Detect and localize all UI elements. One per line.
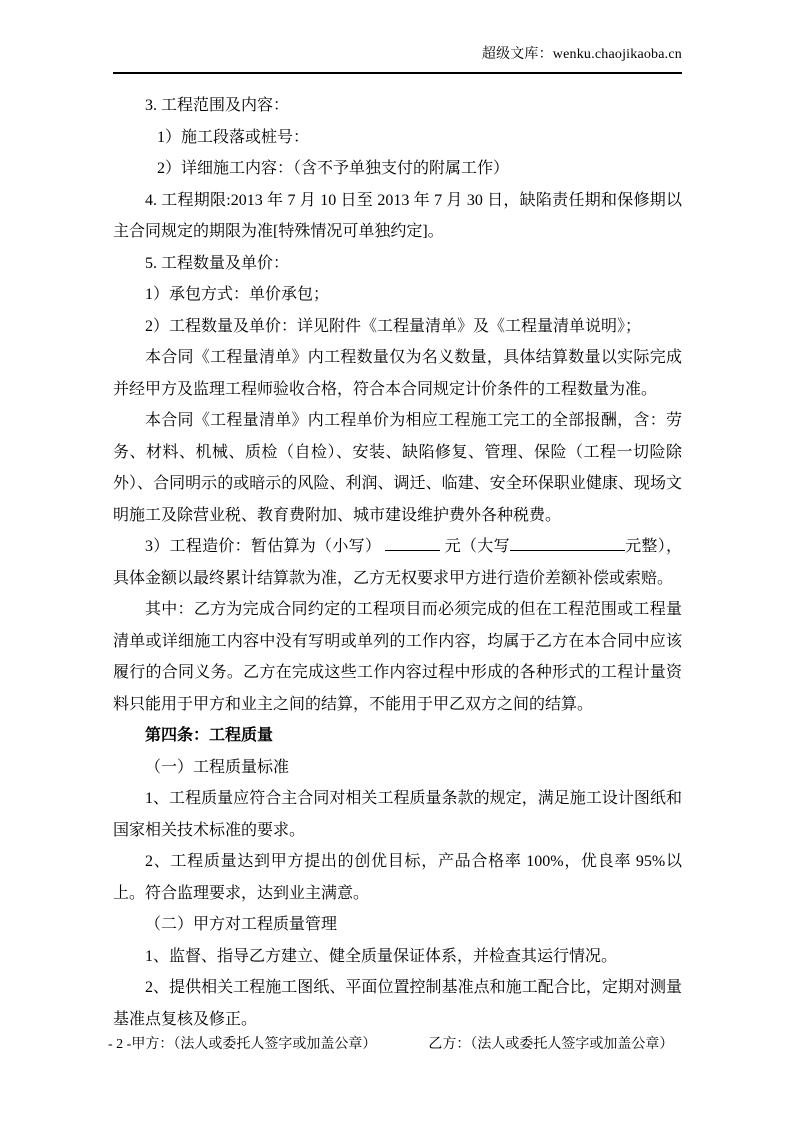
paragraph: 1）施工段落或桩号： (113, 122, 682, 154)
party-a-signature-label: 甲方：（法人或委托人签字或加盖公章） (131, 1037, 376, 1052)
section-heading: 第四条：工程质量 (113, 720, 682, 752)
page-number: - 2 - (108, 1037, 131, 1052)
page-header: 超级文库：wenku.chaojikaoba.cn (113, 0, 682, 74)
paragraph: 本合同《工程量清单》内工程单价为相应工程施工完工的全部报酬，含：劳务、材料、机械… (113, 405, 682, 531)
paragraph: 2）工程数量及单价：详见附件《工程量清单》及《工程量清单说明》； (113, 311, 682, 343)
paragraph: 1）承包方式：单价承包； (113, 279, 682, 311)
paragraph: 2、工程质量达到甲方提出的创优目标，产品合格率 100%，优良率 95%以上。符… (113, 846, 682, 909)
paragraph: 3. 工程范围及内容： (113, 90, 682, 122)
fill-in-blank (510, 535, 625, 551)
paragraph: 2）详细施工内容：（含不予单独支付的附属工作） (113, 153, 682, 185)
document-body: 3. 工程范围及内容：1）施工段落或桩号：2）详细施工内容：（含不予单独支付的附… (113, 74, 682, 1035)
page-footer: - 2 -甲方：（法人或委托人签字或加盖公章）乙方：（法人或委托人签字或加盖公章… (108, 1036, 673, 1054)
fill-in-blank (385, 535, 440, 551)
paragraph: 2、提供相关工程施工图纸、平面位置控制基准点和施工配合比，定期对测量基准点复核及… (113, 972, 682, 1035)
paragraph: （一）工程质量标准 (113, 752, 682, 784)
party-b-signature-label: 乙方：（法人或委托人签字或加盖公章） (428, 1037, 673, 1052)
paragraph: 1、工程质量应符合主合同对相关工程质量条款的规定，满足施工设计图纸和国家相关技术… (113, 783, 682, 846)
paragraph: 1、监督、指导乙方建立、健全质量保证体系，并检查其运行情况。 (113, 941, 682, 973)
document-page: 超级文库：wenku.chaojikaoba.cn 3. 工程范围及内容：1）施… (0, 0, 793, 1122)
site-watermark: 超级文库：wenku.chaojikaoba.cn (482, 47, 682, 62)
paragraph: （二）甲方对工程质量管理 (113, 909, 682, 941)
paragraph: 3）工程造价：暂估算为（小写） 元（大写元整），具体金额以最终累计结算款为准，乙… (113, 531, 682, 594)
paragraph: 本合同《工程量清单》内工程数量仅为名义数量，具体结算数量以实际完成并经甲方及监理… (113, 342, 682, 405)
paragraph: 5. 工程数量及单价： (113, 248, 682, 280)
paragraph: 其中：乙方为完成合同约定的工程项目而必须完成的但在工程范围或工程量清单或详细施工… (113, 594, 682, 720)
paragraph: 4. 工程期限:2013 年 7 月 10 日至 2013 年 7 月 30 日… (113, 185, 682, 248)
